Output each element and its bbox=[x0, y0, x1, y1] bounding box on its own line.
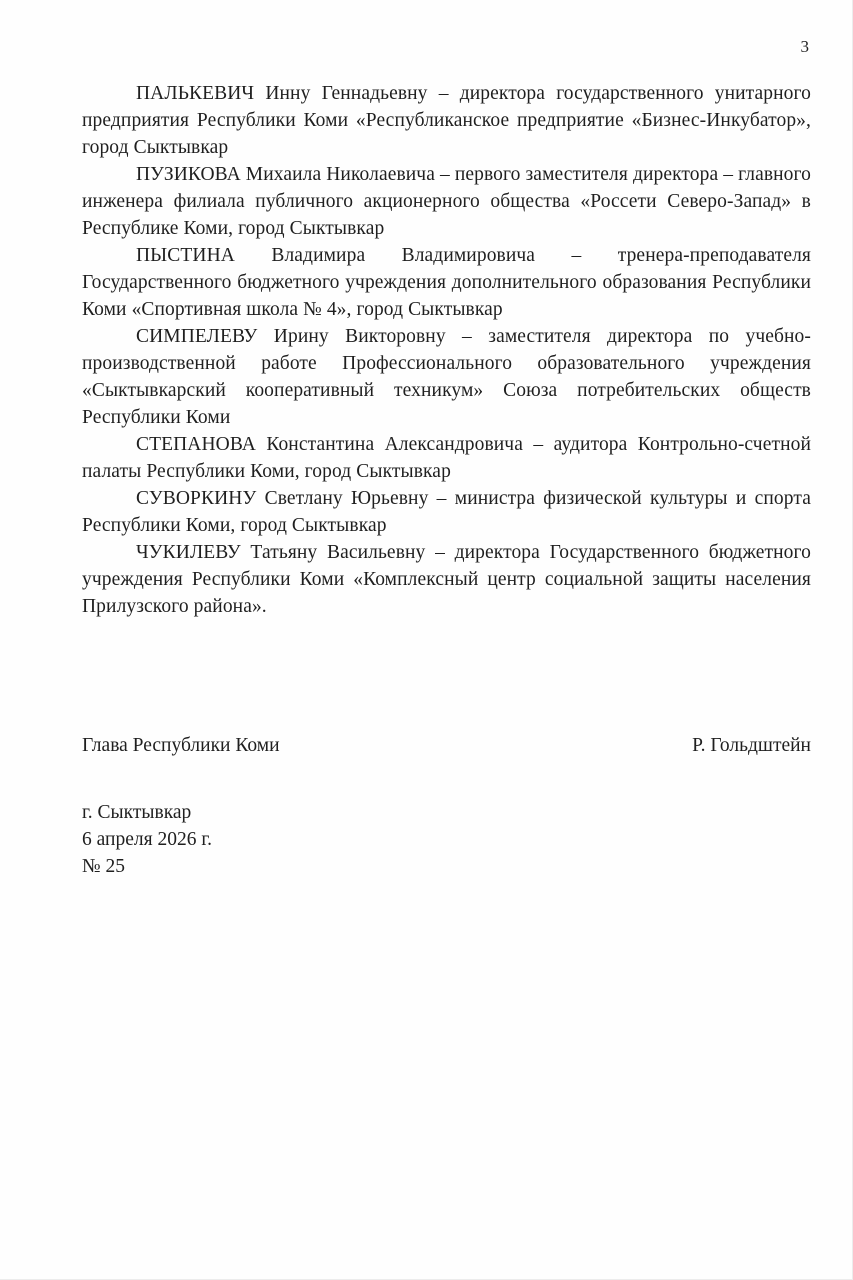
page-number: 3 bbox=[801, 37, 810, 57]
award-paragraph: ПУЗИКОВА Михаила Николаевича – первого з… bbox=[82, 161, 811, 242]
document-page: 3 ПАЛЬКЕВИЧ Инну Геннадьевну – директора… bbox=[0, 0, 853, 1280]
footer-doc-number: № 25 bbox=[82, 853, 811, 880]
document-body: ПАЛЬКЕВИЧ Инну Геннадьевну – директора г… bbox=[82, 80, 811, 880]
award-paragraph: ПЫСТИНА Владимира Владимировича – тренер… bbox=[82, 242, 811, 323]
signer-name: Р. Гольдштейн bbox=[692, 732, 811, 759]
document-footer: г. Сыктывкар 6 апреля 2026 г. № 25 bbox=[82, 799, 811, 880]
footer-date: 6 апреля 2026 г. bbox=[82, 826, 811, 853]
signer-title: Глава Республики Коми bbox=[82, 732, 280, 759]
award-paragraph: СТЕПАНОВА Константина Александровича – а… bbox=[82, 431, 811, 485]
footer-city: г. Сыктывкар bbox=[82, 799, 811, 826]
signature-row: Глава Республики Коми Р. Гольдштейн bbox=[82, 732, 811, 759]
award-paragraph: СИМПЕЛЕВУ Ирину Викторовну – заместителя… bbox=[82, 323, 811, 431]
award-paragraph: СУВОРКИНУ Светлану Юрьевну – министра фи… bbox=[82, 485, 811, 539]
award-paragraph: ПАЛЬКЕВИЧ Инну Геннадьевну – директора г… bbox=[82, 80, 811, 161]
award-paragraph: ЧУКИЛЕВУ Татьяну Васильевну – директора … bbox=[82, 539, 811, 620]
